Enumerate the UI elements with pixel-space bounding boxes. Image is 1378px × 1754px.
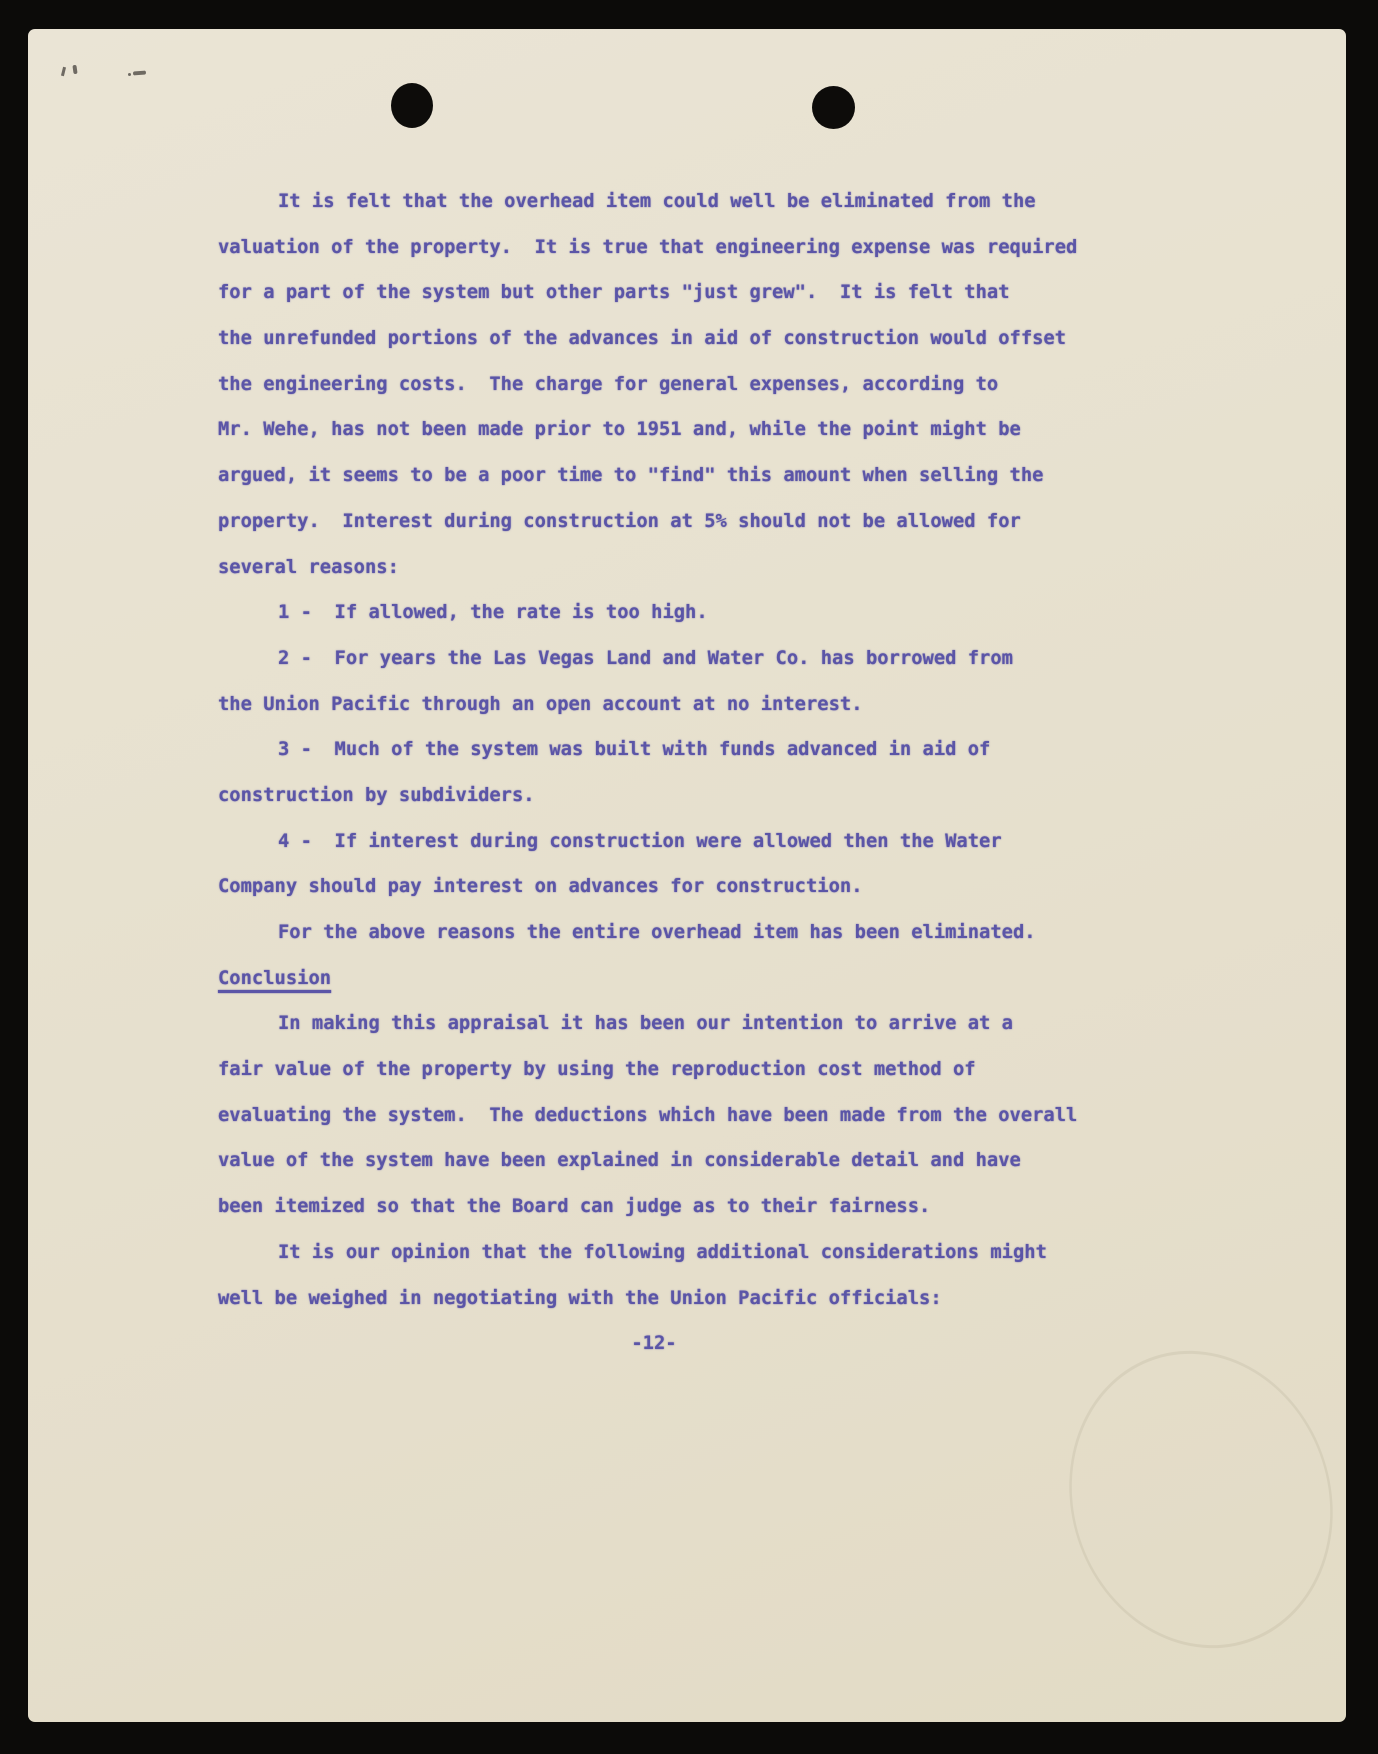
text-line: the unrefunded portions of the advances …	[218, 316, 1090, 362]
paper-sheet: It is felt that the overhead item could …	[28, 29, 1346, 1722]
hole-punch	[812, 86, 855, 129]
text-line: value of the system have been explained …	[218, 1138, 1090, 1184]
text-line: 1 - If allowed, the rate is too high.	[218, 590, 1090, 636]
text-line: 2 - For years the Las Vegas Land and Wat…	[218, 636, 1090, 682]
section-heading: Conclusion	[218, 956, 1090, 1002]
text-line: several reasons:	[218, 545, 1090, 591]
text-block: It is felt that the overhead item could …	[218, 179, 1090, 1367]
page-number: -12-	[218, 1321, 1090, 1367]
text-line: In making this appraisal it has been our…	[218, 1001, 1090, 1047]
text-line: the Union Pacific through an open accoun…	[218, 682, 1090, 728]
text-line: 3 - Much of the system was built with fu…	[218, 727, 1090, 773]
text-line: evaluating the system. The deductions wh…	[218, 1093, 1090, 1139]
text-line: It is felt that the overhead item could …	[218, 179, 1090, 225]
text-line: 4 - If interest during construction were…	[218, 819, 1090, 865]
text-line: well be weighed in negotiating with the …	[218, 1276, 1090, 1322]
text-line: property. Interest during construction a…	[218, 499, 1090, 545]
text-line: argued, it seems to be a poor time to "f…	[218, 453, 1090, 499]
text-line: the engineering costs. The charge for ge…	[218, 362, 1090, 408]
pencil-mark	[61, 67, 66, 76]
ring-impression	[1031, 1316, 1346, 1682]
text-line: Company should pay interest on advances …	[218, 864, 1090, 910]
text-line: for a part of the system but other parts…	[218, 270, 1090, 316]
text-line: For the above reasons the entire overhea…	[218, 910, 1090, 956]
text-line: It is our opinion that the following add…	[218, 1230, 1090, 1276]
text-line: been itemized so that the Board can judg…	[218, 1184, 1090, 1230]
text-line: construction by subdividers.	[218, 773, 1090, 819]
pencil-mark	[72, 65, 77, 74]
text-line: Mr. Wehe, has not been made prior to 195…	[218, 407, 1090, 453]
pencil-mark	[128, 73, 131, 76]
pencil-mark	[133, 71, 146, 76]
text-lines: It is felt that the overhead item could …	[218, 179, 1090, 1321]
text-line: valuation of the property. It is true th…	[218, 225, 1090, 271]
text-line: fair value of the property by using the …	[218, 1047, 1090, 1093]
scanned-document-page: { "scan": { "backdrop_color": "#0c0b09",…	[0, 0, 1378, 1754]
hole-punch	[391, 83, 433, 128]
